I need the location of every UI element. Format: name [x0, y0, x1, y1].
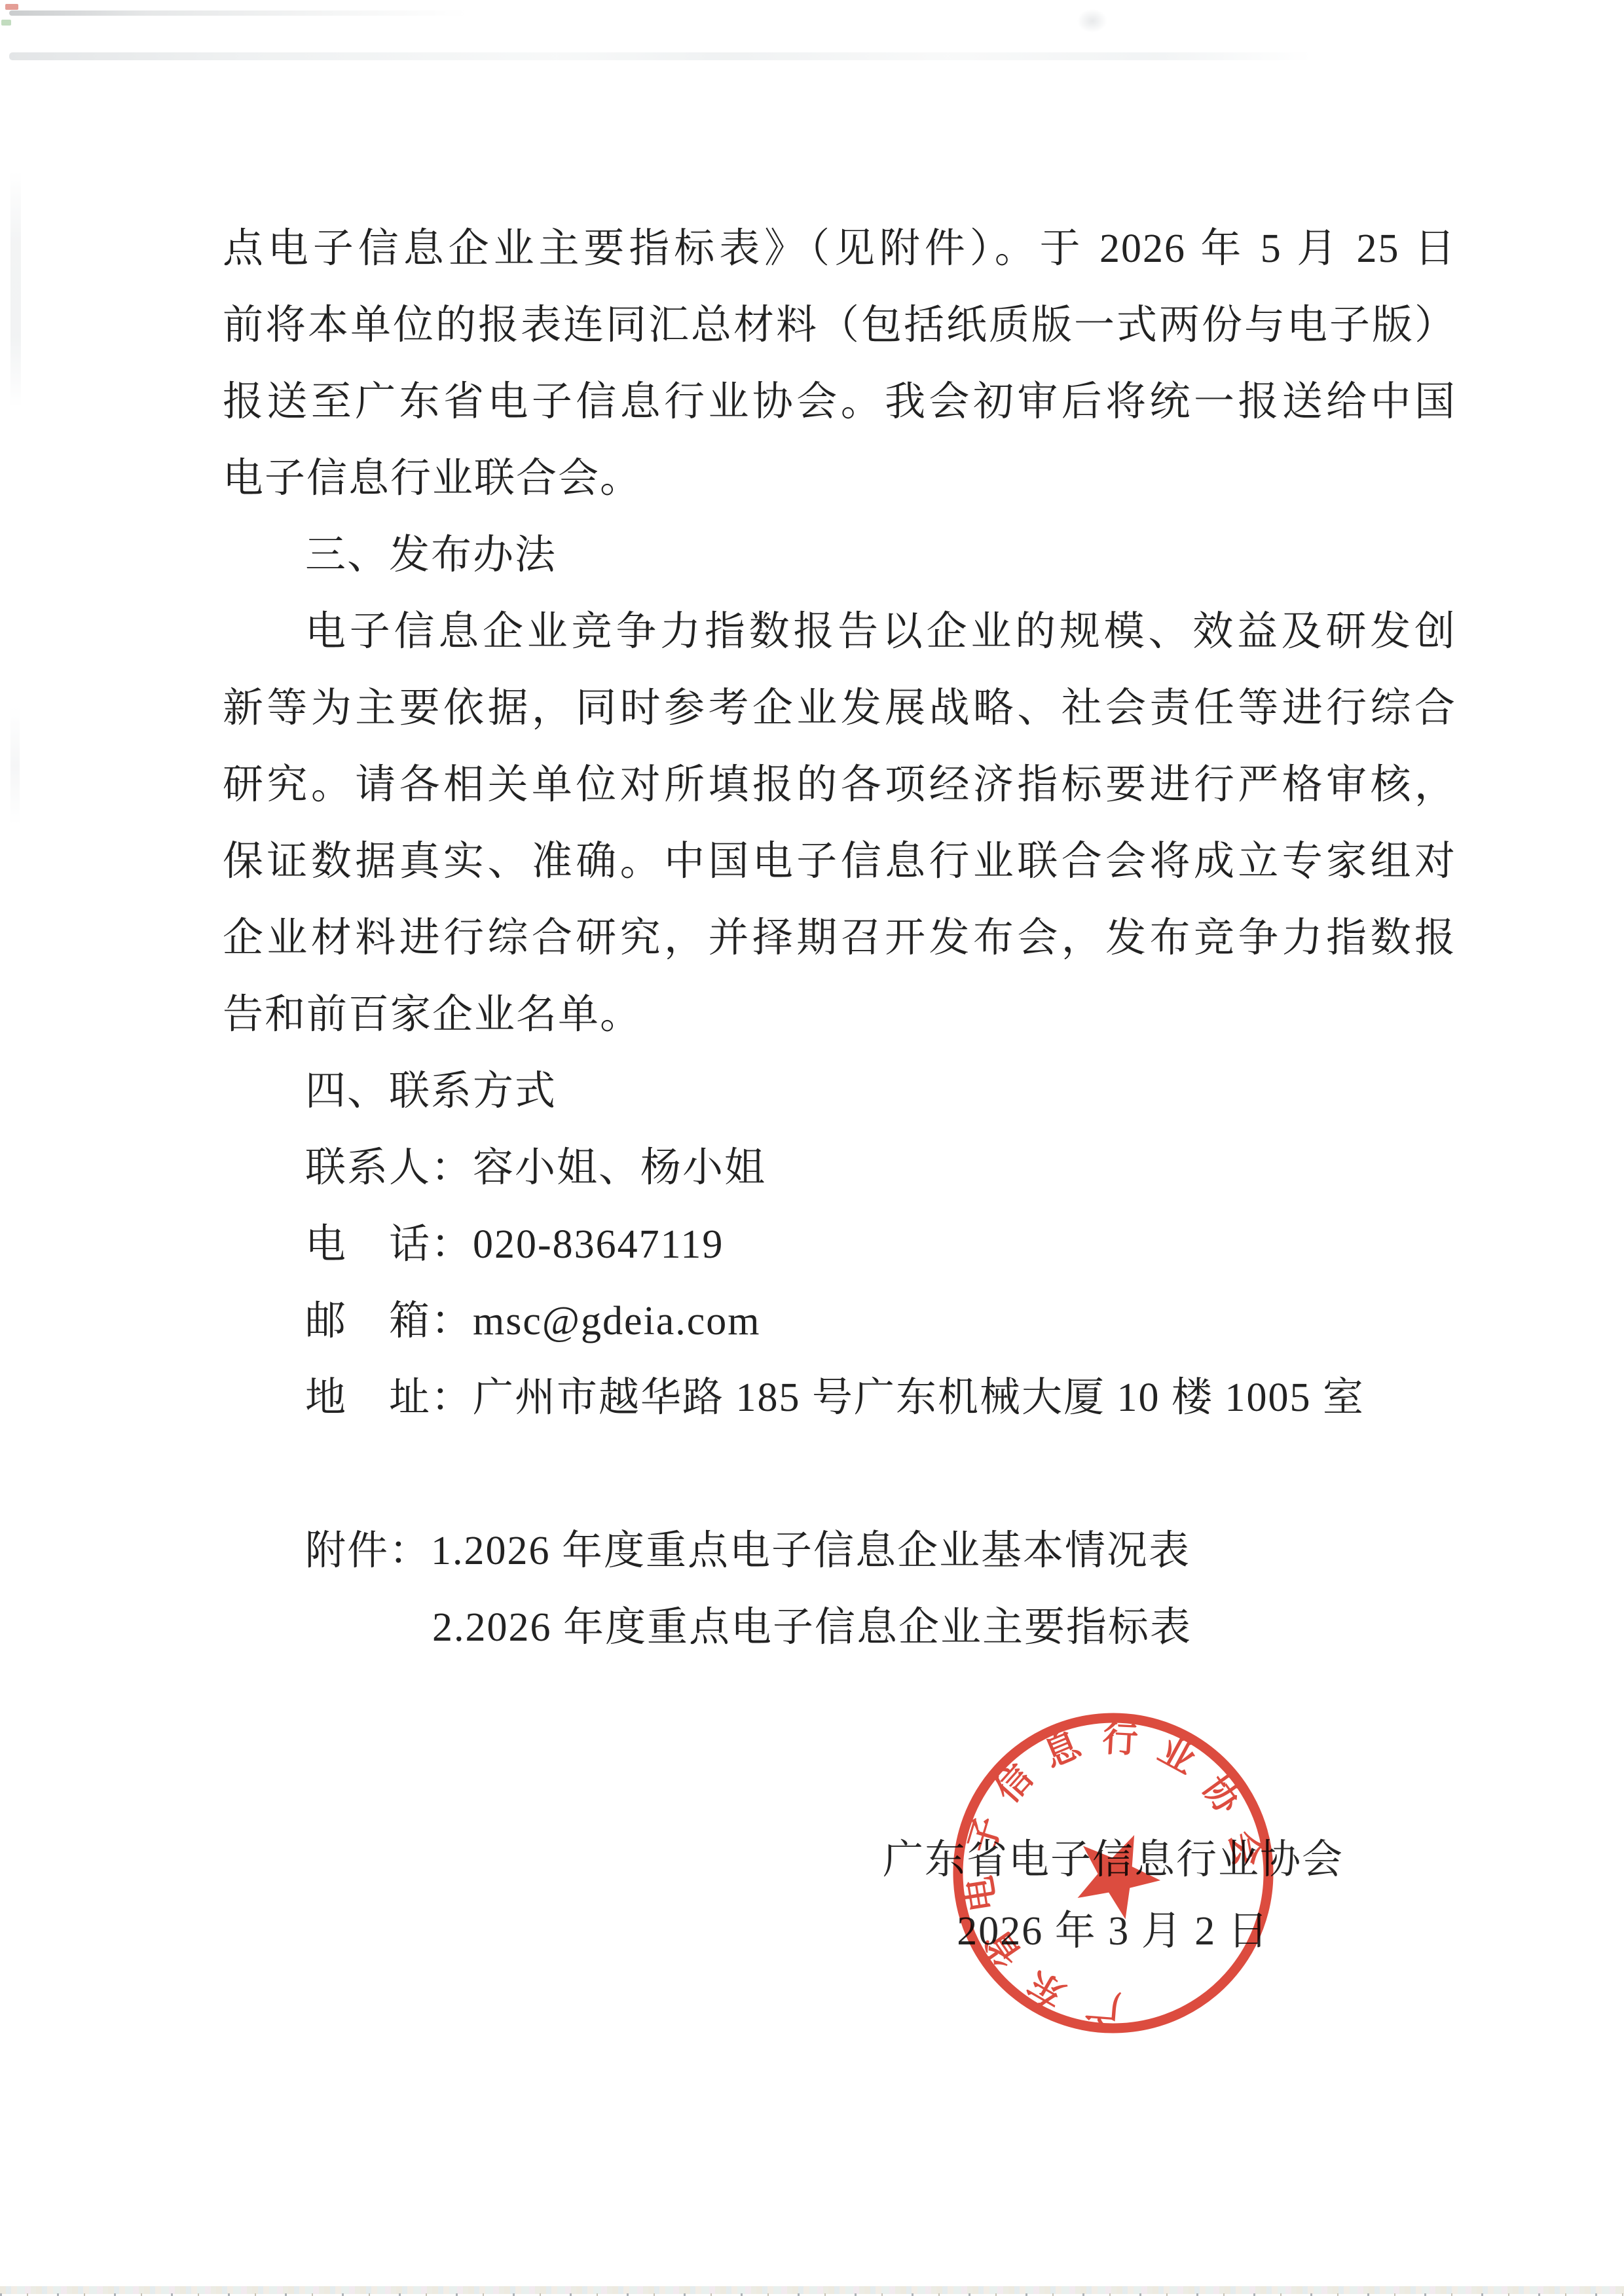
scan-artifact-red-speck [5, 4, 18, 10]
official-seal-stamp: 广东省电子信息行业协会 [946, 1705, 1281, 2041]
seal-ring-char: 广 [1084, 1985, 1122, 2027]
body-line: 前将本单位的报表连同汇总材料（包括纸质版一式两份与电子版） [223, 287, 1456, 364]
body-line: 报送至广东省电子信息行业协会。我会初审后将统一报送给中国 [223, 364, 1456, 441]
attachment-line-1: 附件：1.2026 年度重点电子信息企业基本情况表 [223, 1513, 1456, 1590]
contact-person-line: 联系人：容小姐、杨小姐 [223, 1130, 1456, 1207]
blank-line [223, 1436, 1456, 1513]
contact-phone-line: 电 话：020-83647119 [223, 1207, 1456, 1283]
scanned-letter-page: 点电子信息企业主要指标表》（见附件）。于 2026 年 5 月 25 日 前将本… [0, 0, 1624, 2296]
seal-ring-char: 行 [1101, 1719, 1139, 1760]
body-line: 保证数据真实、准确。中国电子信息行业联合会将成立专家组对 [223, 824, 1456, 900]
scan-artifact-smudge [10, 172, 21, 407]
section-heading-3: 三、发布办法 [223, 517, 1456, 594]
seal-ring-char: 电 [959, 1874, 1004, 1915]
body-line: 电子信息行业联合会。 [223, 441, 1456, 517]
scan-artifact-smudge [1077, 9, 1107, 33]
body-line: 告和前百家企业名单。 [223, 977, 1456, 1053]
body-line: 研究。请各相关单位对所填报的各项经济指标要进行严格审核， [223, 747, 1456, 824]
scan-artifact-bottom-noise [0, 2293, 1624, 2296]
body-line: 点电子信息企业主要指标表》（见附件）。于 2026 年 5 月 25 日 [223, 211, 1456, 287]
letter-body: 点电子信息企业主要指标表》（见附件）。于 2026 年 5 月 25 日 前将本… [223, 211, 1456, 1666]
scan-artifact-green-speck [1, 20, 11, 26]
contact-address-line: 地 址：广州市越华路 185 号广东机械大厦 10 楼 1005 室 [223, 1360, 1456, 1436]
seal-star-icon [1055, 1814, 1172, 1931]
attachment-line-2: 2.2026 年度重点电子信息企业主要指标表 [223, 1590, 1456, 1666]
seal-ring-char: 会 [1222, 1828, 1267, 1870]
body-line: 企业材料进行综合研究，并择期召开发布会，发布竞争力指数报 [223, 900, 1456, 977]
body-line: 新等为主要依据，同时参考企业发展战略、社会责任等进行综合 [223, 670, 1456, 747]
contact-email-line: 邮 箱：msc@gdeia.com [223, 1283, 1456, 1360]
body-line: 电子信息企业竞争力指数报告以企业的规模、效益及研发创 [223, 594, 1456, 670]
scan-artifact-streak [9, 52, 1312, 60]
section-heading-4: 四、联系方式 [223, 1053, 1456, 1130]
scan-artifact-streak [9, 10, 468, 16]
scan-artifact-smudge [10, 707, 20, 825]
